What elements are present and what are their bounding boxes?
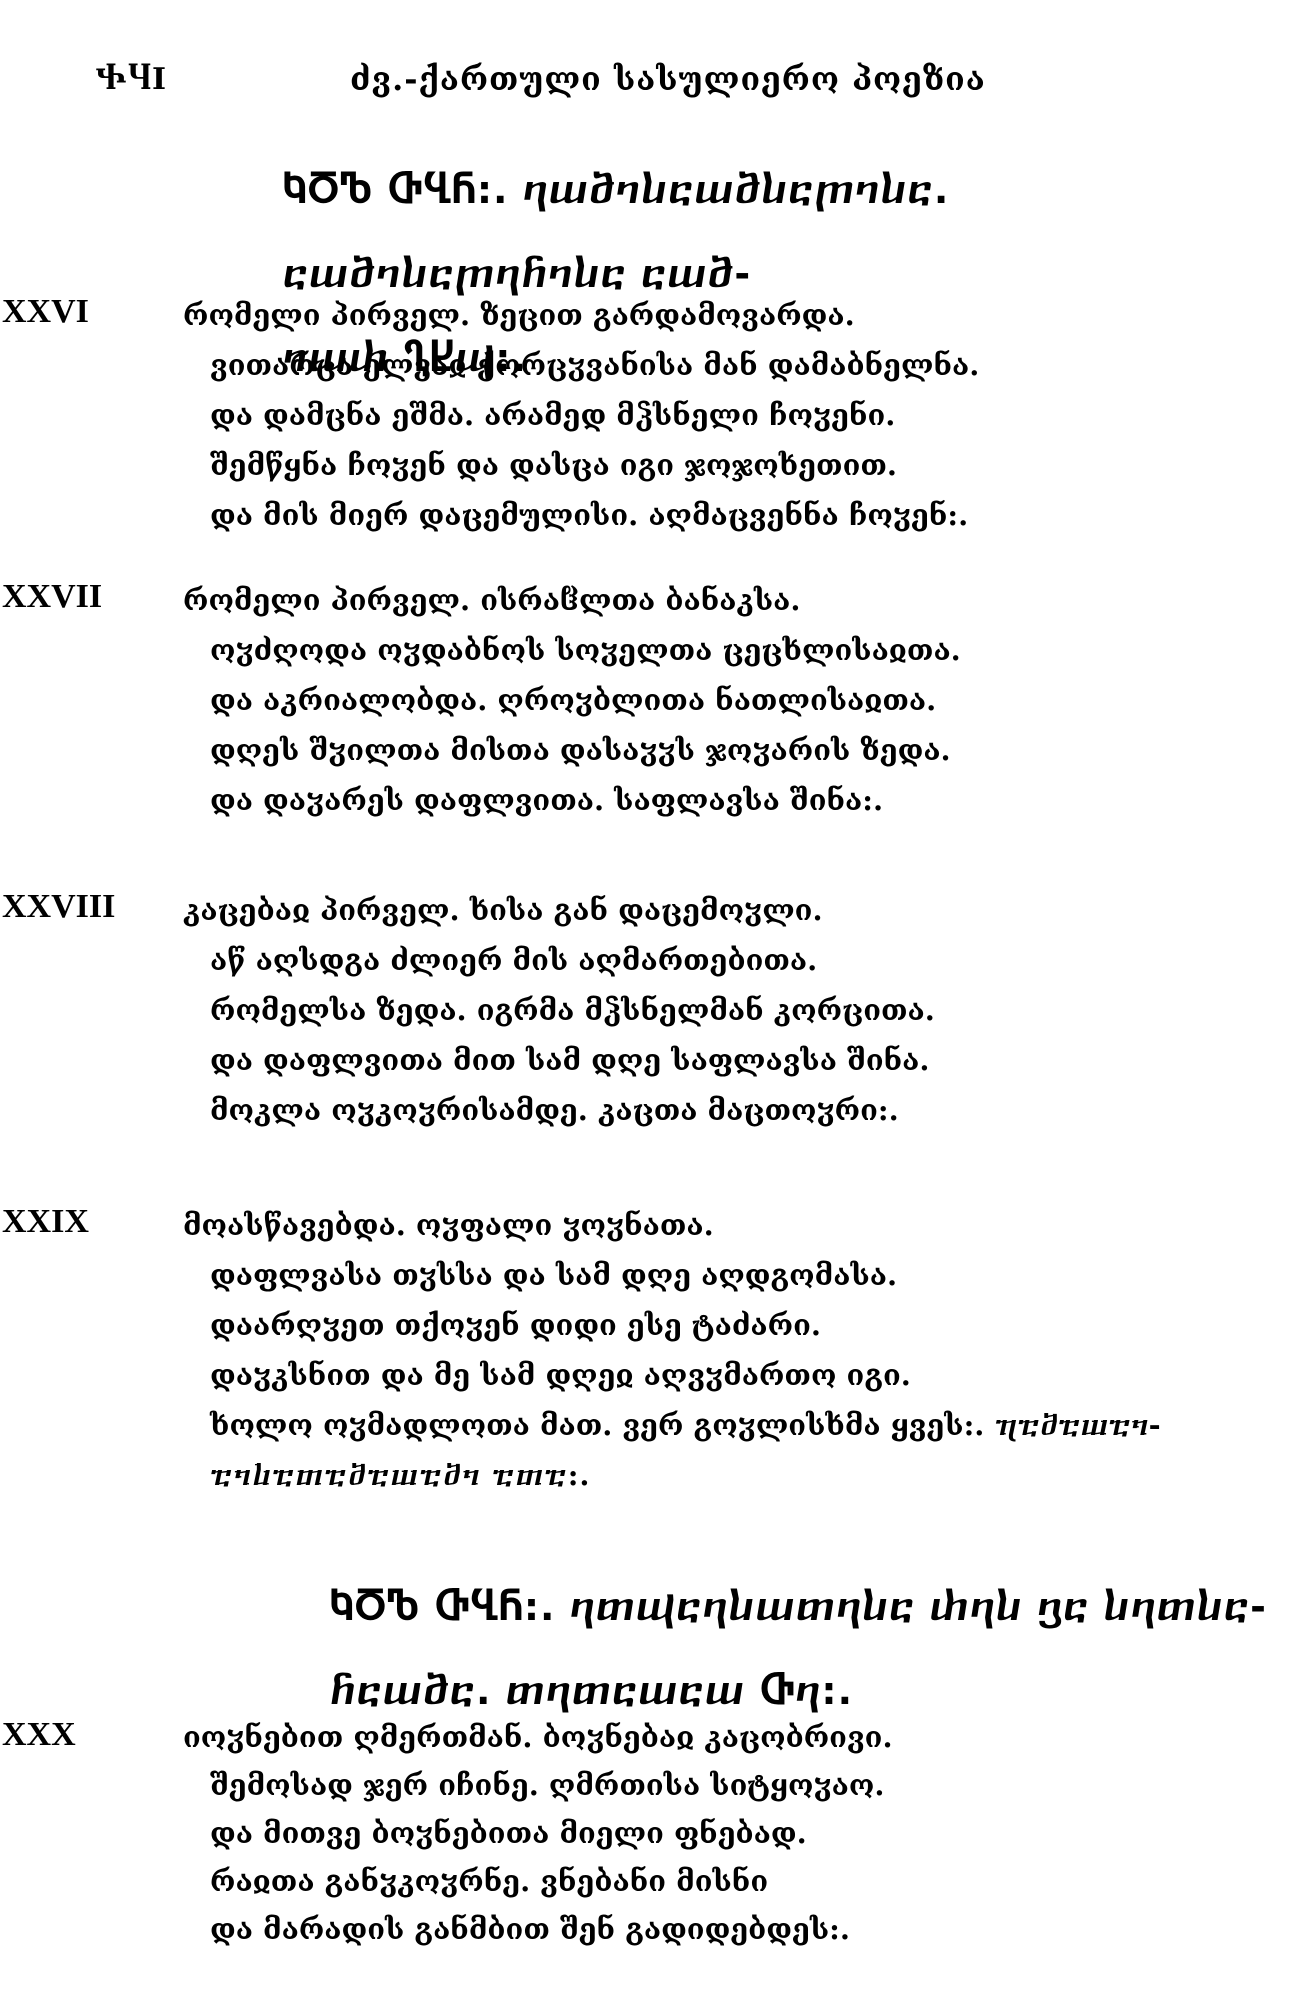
verse-line-rubric: ⴀⴈⴑⴀⴇⴀⴋⴀⴍⴀⴋⴈ ⴀⴇⴀ:.: [183, 1450, 1161, 1500]
stanza-numeral: XXVII: [2, 575, 102, 619]
rubric-line: ႩႣႪ ႧႡႬ:. ⴄⴇⴓⴀⴄⴑⴍⴇⴄⴑⴀ ⴐⴄⴑ ⴂⴀ ⴑⴄⴇⴑⴀ-: [330, 1565, 1312, 1649]
stanza-numeral: XXVIII: [2, 885, 115, 929]
verse-line: იოჳნებით ღმერთმან. ბოჳნებაჲ კაცობრივი.: [183, 1713, 893, 1761]
verse-line: და მითვე ბოჳნებითა მიელი ფნებად.: [183, 1809, 893, 1857]
page-number: ႵႷI: [95, 62, 166, 97]
rubric-heading: ႩႣႪ ႧႡႬ:. ⴄⴇⴓⴀⴄⴑⴍⴇⴄⴑⴀ ⴐⴄⴑ ⴂⴀ ⴑⴄⴇⴑⴀ- ⴌⴀⴍⴋ…: [330, 1565, 1312, 1733]
stanza-lines: იოჳნებით ღმერთმან. ბოჳნებაჲ კაცობრივი. შ…: [183, 1713, 893, 1953]
verse-line: კაცებაჲ პირველ. ხისა გან დაცემოჳლი.: [183, 885, 935, 935]
verse-line: და მის მიერ დაცემულისი. აღმაცვენნა ჩოჳენ…: [183, 490, 979, 540]
running-head: ძვ.-ქართული სასულიერო პოეზია: [350, 60, 986, 98]
verse-line: და დაჳარეს დაფლვითა. საფლავსა შინა:.: [183, 775, 961, 825]
stanza-numeral: XXX: [2, 1713, 76, 1757]
verse-line: რომელსა ზედა. იგრმა მჴსნელმან კორცითა.: [183, 985, 935, 1035]
verse-line: მოასწავებდა. ოჳფალი ჳოჳნათა.: [183, 1200, 1161, 1250]
stanza-lines: კაცებაჲ პირველ. ხისა გან დაცემოჳლი. აწ ა…: [183, 885, 935, 1135]
verse-line: შემწყნა ჩოჳენ და დასცა იგი ჯოჯოხეთით.: [183, 440, 979, 490]
verse-line: რაჲთა განჳკოჳრნე. ვნებანი მისნი: [183, 1857, 893, 1905]
stanza-lines: რომელი პირველ. ზეცით გარდამოვარდა. ვითარ…: [183, 290, 979, 540]
verse-line: დაარღჳეთ თქოჳენ დიდი ესე ტაძარი.: [183, 1300, 1161, 1350]
verse-line: და დამცნა ეშმა. არამედ მჴსნელი ჩოჳენი.: [183, 390, 979, 440]
verse-line: ვითარცა ელვაჲ ქორცჳვანისა მან დამაბნელნა…: [183, 340, 979, 390]
stanza-lines: მოასწავებდა. ოჳფალი ჳოჳნათა. დაფლვასა თჳ…: [183, 1200, 1161, 1500]
verse-line: რომელი პირველ. ზეცით გარდამოვარდა.: [183, 290, 979, 340]
verse-line: და დაფლვითა მით სამ დღე საფლავსა შინა.: [183, 1035, 935, 1085]
stanza-numeral: XXVI: [2, 290, 89, 334]
verse-line: და აკრიალობდა. ღროჳბლითა ნათლისაჲთა.: [183, 675, 961, 725]
verse-line: ხოლო ოჳმადლოთა მათ. ვერ გოჳლისხმა ყვეს:.…: [183, 1400, 1161, 1450]
verse-line: დაფლვასა თჳსსა და სამ დღე აღდგომასა.: [183, 1250, 1161, 1300]
stanza-numeral: XXIX: [2, 1200, 89, 1244]
verse-line: დღეს შჳილთა მისთა დასაჳჳს ჯოჳარის ზედა.: [183, 725, 961, 775]
verse-line: შემოსად ჯერ იჩინე. ღმრთისა სიტყოჳაო.: [183, 1761, 893, 1809]
verse-line: რომელი პირველ. ისრაჱლთა ბანაკსა.: [183, 575, 961, 625]
verse-line: და მარადის განმბით შენ გადიდებდეს:.: [183, 1905, 893, 1953]
stanza-lines: რომელი პირველ. ისრაჱლთა ბანაკსა. ოჳძღოდა…: [183, 575, 961, 825]
verse-line: ოჳძღოდა ოჳდაბნოს სოჳელთა ცეცხლისაჲთა.: [183, 625, 961, 675]
verse-line: მოკლა ოჳკოჳრისამდე. კაცთა მაცთოჳრი:.: [183, 1085, 935, 1135]
verse-line: აწ აღსდგა ძლიერ მის აღმართებითა.: [183, 935, 935, 985]
verse-line: დაჳკსნით და მე სამ დღეჲ აღვჳმართო იგი.: [183, 1350, 1161, 1400]
